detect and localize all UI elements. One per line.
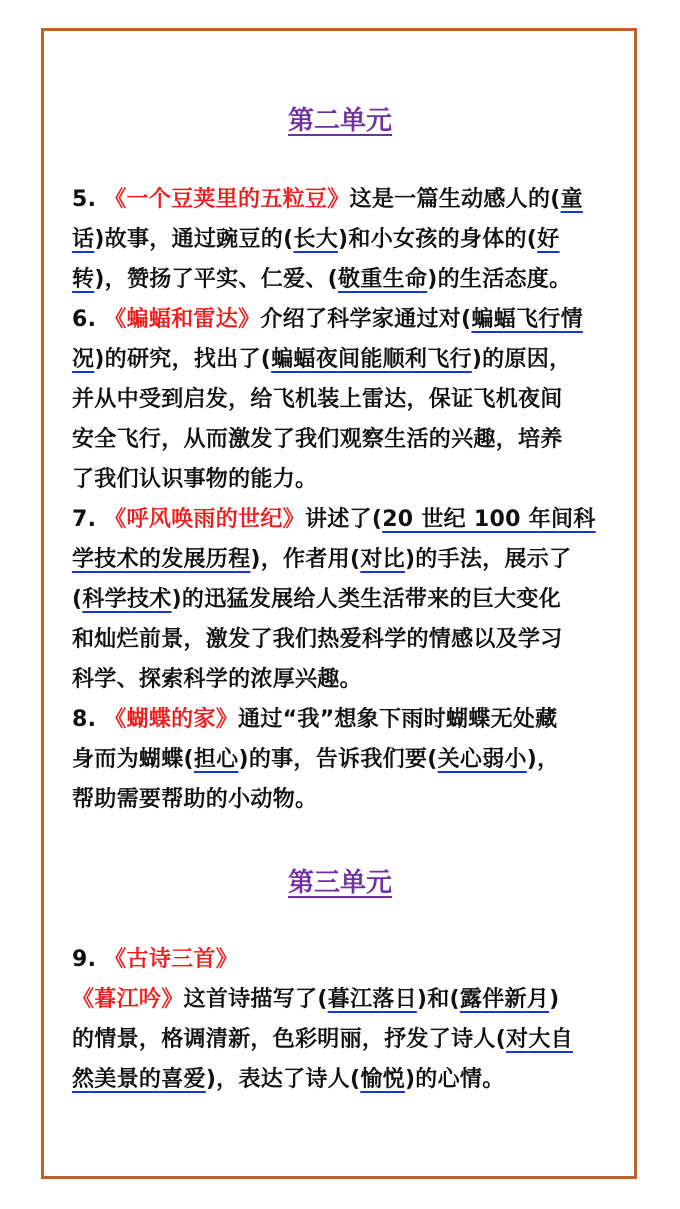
body-text: 8. [72, 707, 104, 732]
body-text: 的情景，格调清新，色彩明丽，抒发了诗人( [72, 1027, 506, 1052]
answer-text: 暮江落日 [328, 987, 417, 1012]
line: 科学、探索科学的浓厚兴趣。 [72, 660, 612, 700]
body-text: 帮助需要帮助的小动物。 [72, 787, 317, 812]
answer-text: 愉悦 [360, 1067, 405, 1092]
line: 话)故事，通过豌豆的(长大)和小女孩的身体的(好 [72, 220, 612, 260]
answer-text: 况 [72, 347, 94, 372]
line: (科学技术)的迅猛发展给人类生活带来的巨大变化 [72, 580, 612, 620]
lesson-title: 《暮江吟》 [72, 987, 184, 1012]
answer-text: 对大自 [506, 1027, 573, 1052]
line: 况)的研究，找出了(蝙蝠夜间能顺利飞行)的原因， [72, 340, 612, 380]
body-text: 安全飞行，从而激发了我们观察生活的兴趣，培养 [72, 427, 563, 452]
body-text: )，赞扬了平实、仁爱、( [94, 267, 338, 292]
body-text: 通过“我”想象下雨时蝴蝶无处藏 [238, 707, 557, 732]
lesson-title: 《蝴蝶的家》 [104, 707, 238, 732]
answer-text: 科学技术 [82, 587, 171, 612]
answer-text: 转 [72, 267, 94, 292]
body-text: 7. [72, 507, 104, 532]
body-text: 并从中受到启发，给飞机装上雷达，保证飞机夜间 [72, 387, 563, 412]
body-text: )的心情。 [405, 1067, 505, 1092]
body-text: 科学、探索科学的浓厚兴趣。 [72, 667, 362, 692]
answer-text: 关心弱小 [438, 747, 527, 772]
body-text: )的手法，展示了 [405, 547, 571, 572]
body-text: ( [72, 587, 82, 612]
body-text: )的事，告诉我们要( [238, 747, 437, 772]
body-text: )和( [417, 987, 460, 1012]
body-text: 这首诗描写了( [184, 987, 328, 1012]
line: 7. 《呼风唤雨的世纪》讲述了(20 世纪 100 年间科 [72, 500, 612, 540]
answer-text: 担心 [194, 747, 239, 772]
body-text: )， [527, 747, 560, 772]
body-text: 讲述了( [305, 507, 382, 532]
unit-title-3: 第三单元 [0, 862, 680, 899]
line: 6. 《蝙蝠和雷达》介绍了科学家通过对(蝙蝠飞行情 [72, 300, 612, 340]
lesson-title: 《一个豆荚里的五粒豆》 [104, 187, 349, 212]
answer-text: 长大 [293, 227, 338, 252]
body-text: 这是一篇生动感人的( [350, 187, 561, 212]
body-text: 了我们认识事物的能力。 [72, 467, 317, 492]
body-text: )故事，通过豌豆的( [94, 227, 293, 252]
line: 然美景的喜爱)，表达了诗人(愉悦)的心情。 [72, 1060, 612, 1100]
body-text: )和小女孩的身体的( [338, 227, 537, 252]
line: 转)，赞扬了平实、仁爱、(敬重生命)的生活态度。 [72, 260, 612, 300]
body-text: ) [549, 987, 559, 1012]
answer-text: 然美景的喜爱 [72, 1067, 206, 1092]
answer-text: 学技术的发展历程 [72, 547, 250, 572]
line: 的情景，格调清新，色彩明丽，抒发了诗人(对大自 [72, 1020, 612, 1060]
line: 《暮江吟》这首诗描写了(暮江落日)和(露伴新月) [72, 980, 612, 1020]
line: 9. 《古诗三首》 [72, 940, 612, 980]
line: 5. 《一个豆荚里的五粒豆》这是一篇生动感人的(童 [72, 180, 612, 220]
answer-text: 童 [561, 187, 583, 212]
answer-text: 好 [537, 227, 559, 252]
body-text: 9. [72, 947, 104, 972]
body-text: 身而为蝴蝶( [72, 747, 194, 772]
body-text: )的生活态度。 [427, 267, 571, 292]
lesson-title: 《呼风唤雨的世纪》 [104, 507, 305, 532]
line: 学技术的发展历程)，作者用(对比)的手法，展示了 [72, 540, 612, 580]
lesson-title: 《古诗三首》 [104, 947, 238, 972]
lesson-title: 《蝙蝠和雷达》 [104, 307, 260, 332]
line: 帮助需要帮助的小动物。 [72, 780, 612, 820]
line: 了我们认识事物的能力。 [72, 460, 612, 500]
answer-text: 敬重生命 [338, 267, 427, 292]
answer-text: 露伴新月 [460, 987, 549, 1012]
answer-text: 对比 [360, 547, 405, 572]
body-text: )的研究，找出了( [94, 347, 271, 372]
body-text: )的原因， [472, 347, 572, 372]
body-text: 介绍了科学家通过对( [260, 307, 471, 332]
unit-title-2: 第二单元 [0, 100, 680, 137]
answer-text: 20 世纪 100 年间科 [382, 507, 595, 532]
body-text: )，表达了诗人( [206, 1067, 361, 1092]
body-text: )的迅猛发展给人类生活带来的巨大变化 [172, 587, 561, 612]
line: 和灿烂前景，激发了我们热爱科学的情感以及学习 [72, 620, 612, 660]
body-text: 6. [72, 307, 104, 332]
line: 身而为蝴蝶(担心)的事，告诉我们要(关心弱小)， [72, 740, 612, 780]
answer-text: 蝙蝠飞行情 [471, 307, 583, 332]
body-text: 5. [72, 187, 104, 212]
answer-text: 话 [72, 227, 94, 252]
line: 安全飞行，从而激发了我们观察生活的兴趣，培养 [72, 420, 612, 460]
line: 8. 《蝴蝶的家》通过“我”想象下雨时蝴蝶无处藏 [72, 700, 612, 740]
body-text: 和灿烂前景，激发了我们热爱科学的情感以及学习 [72, 627, 563, 652]
line: 并从中受到启发，给飞机装上雷达，保证飞机夜间 [72, 380, 612, 420]
body-text: )，作者用( [250, 547, 360, 572]
answer-text: 蝙蝠夜间能顺利飞行 [271, 347, 472, 372]
